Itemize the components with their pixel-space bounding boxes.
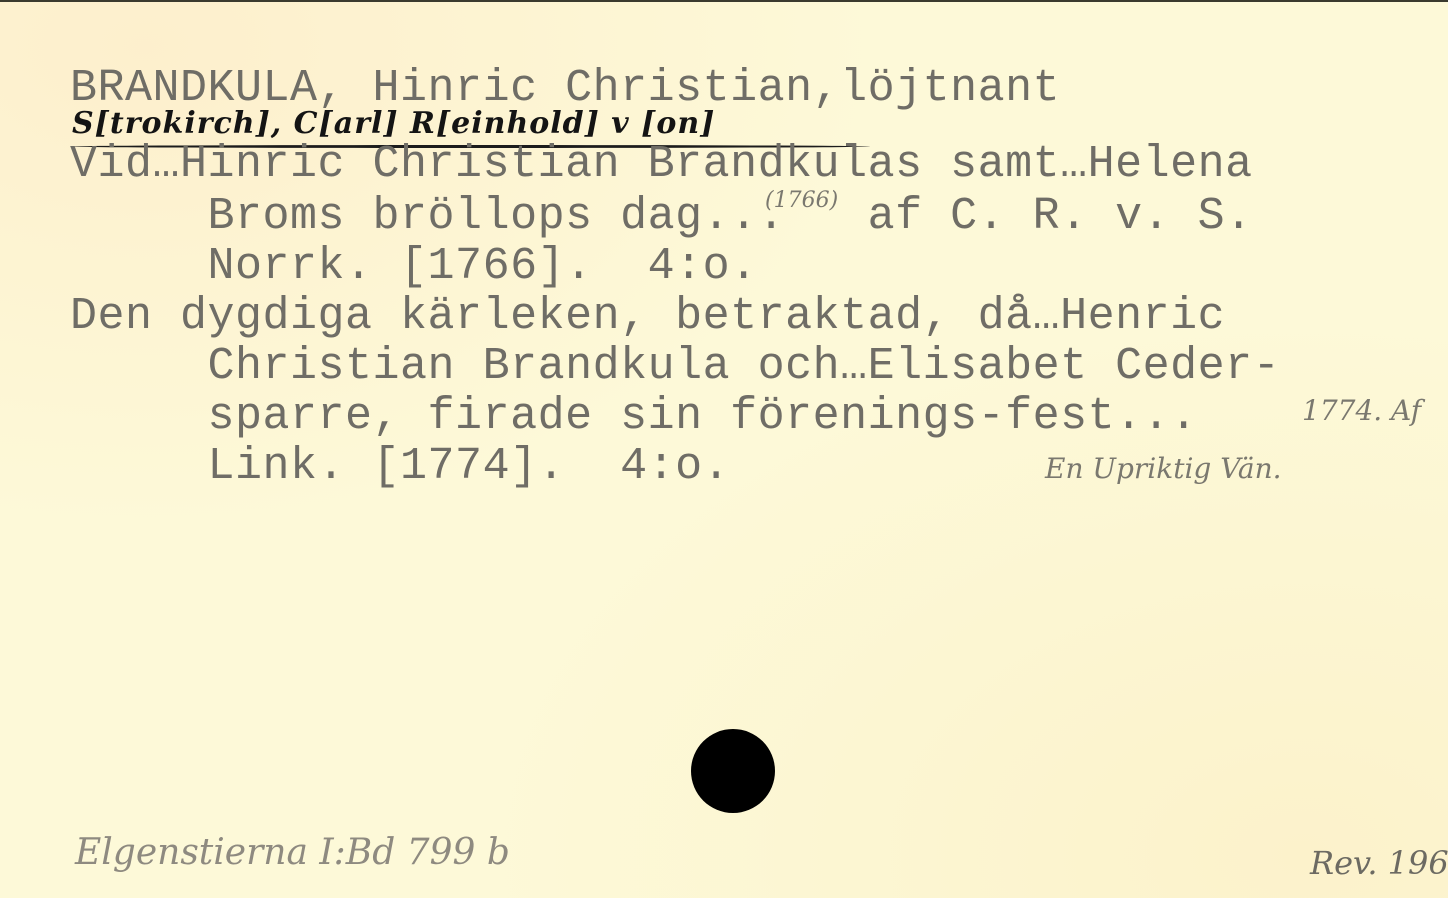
entry-2-year-annotation: 1774. Af bbox=[1302, 394, 1421, 427]
entry-2-author-annotation: En Upriktig Vän. bbox=[1045, 452, 1282, 485]
revision-note: Rev. 1969 bbox=[1310, 844, 1448, 882]
entry-1-year-annotation: (1766) bbox=[765, 188, 838, 213]
entry-2-line-1: Den dygdiga kärleken, betraktad, då…Henr… bbox=[70, 292, 1225, 342]
entry-2-line-4: Link. [1774]. 4:o. bbox=[70, 442, 730, 492]
entry-1-line-1: Vid…Hinric Christian Brandkulas samt…Hel… bbox=[70, 140, 1253, 190]
footer-reference-note: Elgenstierna I:Bd 799 b bbox=[75, 832, 510, 873]
handwritten-author: S[trokirch], C[arl] R[einhold] v [on] bbox=[72, 106, 715, 141]
entry-1-line-3: Norrk. [1766]. 4:o. bbox=[70, 242, 758, 292]
punch-hole bbox=[691, 729, 775, 813]
catalog-card: BRANDKULA, Hinric Christian,löjtnant S[t… bbox=[0, 0, 1448, 898]
entry-2-line-3: sparre, firade sin förenings-fest... bbox=[70, 392, 1198, 442]
entry-2-line-2: Christian Brandkula och…Elisabet Ceder- bbox=[70, 342, 1280, 392]
entry-1-line-2: Broms bröllops dag... af C. R. v. S. bbox=[70, 192, 1253, 242]
